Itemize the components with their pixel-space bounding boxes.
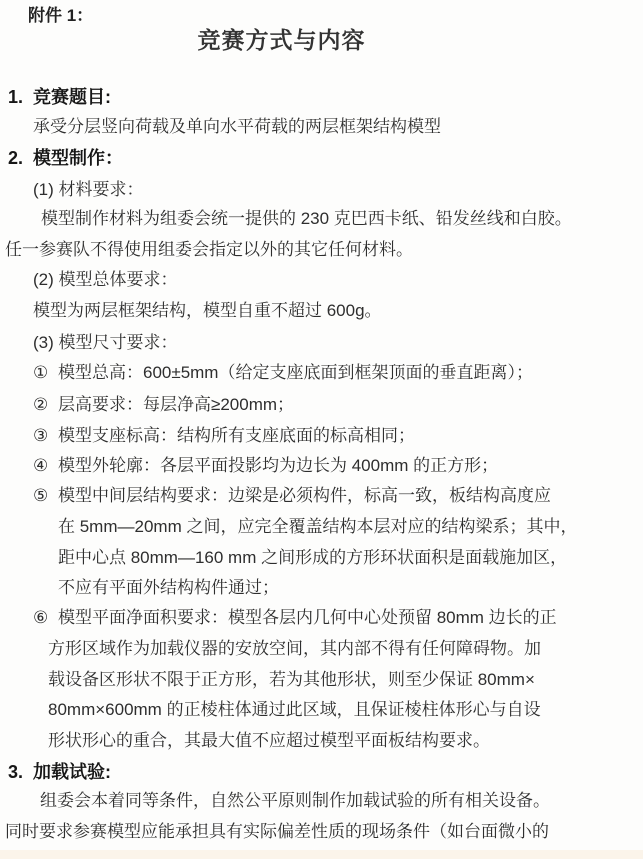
scan-bottom-edge [0, 850, 643, 859]
circled-3-marker: ③ [33, 421, 58, 452]
section-3-heading: 3. 加载试验: [8, 757, 111, 788]
item-6-text: 模型平面净面积要求：模型各层内几何中心处预留 80mm 边长的正 方形区域作为加… [48, 603, 557, 757]
section-3-paragraph: 组委会本着同等条件，自然公平原则制作加载试验的所有相关设备。 同时要求参赛模型应… [5, 786, 640, 847]
circled-4-marker: ④ [33, 451, 58, 482]
item-4-text: 模型外轮廓：各层平面投影均为边长为 400mm 的正方形； [58, 451, 498, 482]
section-1-number: 1. [8, 82, 33, 113]
subsection-1-paragraph: 模型制作材料为组委会统一提供的 230 克巴西卡纸、铅发丝线和白胶。 任一参赛队… [5, 204, 635, 265]
size-requirement-item-6: ⑥ 模型平面净面积要求：模型各层内几何中心处预留 80mm 边长的正 方形区域作… [33, 603, 557, 757]
item-5-text: 模型中间层结构要求：边梁是必须构件，标高一致，板结构高度应 在 5mm—20mm… [58, 481, 577, 604]
item-2-text: 层高要求：每层净高≥200mm； [58, 390, 294, 421]
section-3-number: 3. [8, 757, 33, 788]
document-page: 附件 1： 竞赛方式与内容 1. 竞赛题目: 承受分层竖向荷载及单向水平荷载的两… [0, 0, 643, 859]
size-requirement-item-3: ③ 模型支座标高：结构所有支座底面的标高相同； [33, 421, 415, 452]
section-1-title: 竞赛题目: [33, 82, 111, 113]
section-2-number: 2. [8, 143, 33, 174]
item-3-text: 模型支座标高：结构所有支座底面的标高相同； [58, 421, 415, 452]
subsection-2-label: (2) 模型总体要求： [33, 265, 178, 296]
section-1-heading: 1. 竞赛题目: [8, 82, 111, 113]
subsection-3-label: (3) 模型尺寸要求： [33, 328, 178, 359]
size-requirement-item-4: ④ 模型外轮廓：各层平面投影均为边长为 400mm 的正方形； [33, 451, 498, 482]
subsection-1-label: (1) 材料要求： [33, 175, 144, 206]
item-1-text: 模型总高：600±5mm（给定支座底面到框架顶面的垂直距离）； [58, 358, 533, 389]
section-3-title: 加载试验: [33, 757, 111, 788]
size-requirement-item-5: ⑤ 模型中间层结构要求：边梁是必须构件，标高一致，板结构高度应 在 5mm—20… [33, 481, 577, 604]
page-title: 竞赛方式与内容 [0, 24, 603, 56]
circled-2-marker: ② [33, 390, 58, 421]
size-requirement-item-2: ② 层高要求：每层净高≥200mm； [33, 390, 294, 421]
subsection-2-paragraph: 模型为两层框架结构，模型自重不超过 600g。 [33, 296, 382, 327]
size-requirement-item-1: ① 模型总高：600±5mm（给定支座底面到框架顶面的垂直距离）； [33, 358, 533, 389]
circled-1-marker: ① [33, 358, 58, 389]
section-2-title: 模型制作： [33, 143, 123, 174]
circled-5-marker: ⑤ [33, 481, 58, 604]
section-1-paragraph: 承受分层竖向荷载及单向水平荷载的两层框架结构模型 [33, 112, 441, 143]
section-2-heading: 2. 模型制作： [8, 143, 123, 174]
